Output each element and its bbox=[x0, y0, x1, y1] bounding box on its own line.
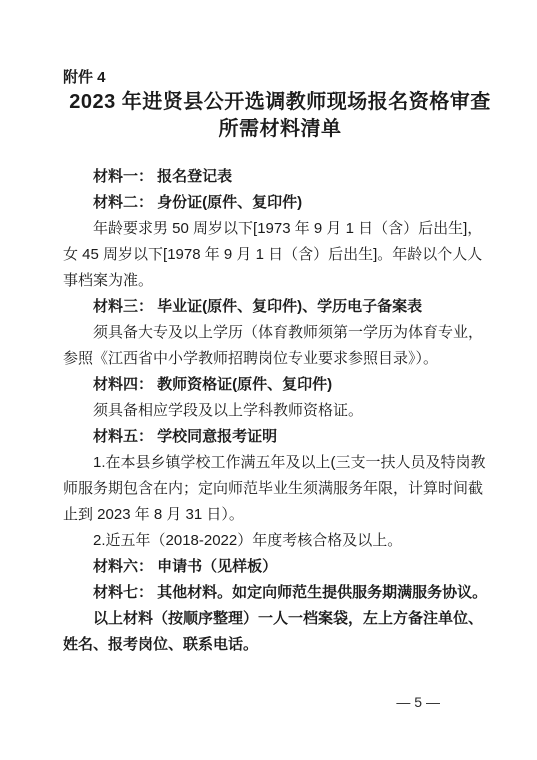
text-line: 须具备大专及以上学历（体育教师须第一学历为体育专业， bbox=[63, 320, 497, 346]
document-title: 2023 年进贤县公开选调教师现场报名资格审查 所需材料清单 bbox=[63, 89, 497, 143]
text-line: 女 45 周岁以下[1978 年 9 月 1 日（含）后出生]。年龄以个人人 bbox=[63, 242, 497, 268]
text-line: 年龄要求男 50 周岁以下[1973 年 9 月 1 日（含）后出生]， bbox=[63, 216, 497, 242]
text-line-material-3: 材料三： 毕业证(原件、复印件)、学历电子备案表 bbox=[63, 294, 497, 320]
document-body: 材料一： 报名登记表 材料二： 身份证(原件、复印件) 年龄要求男 50 周岁以… bbox=[63, 164, 497, 658]
text-line: 以上材料（按顺序整理）一人一档案袋，左上方备注单位、 bbox=[63, 606, 497, 632]
text-line: 师服务期包含在内；定向师范毕业生须满服务年限，计算时间截 bbox=[63, 476, 497, 502]
text-line-material-2: 材料二： 身份证(原件、复印件) bbox=[63, 190, 497, 216]
text-line: 事档案为准。 bbox=[63, 268, 497, 294]
text-line-material-4: 材料四： 教师资格证(原件、复印件) bbox=[63, 372, 497, 398]
title-line-2: 所需材料清单 bbox=[63, 116, 497, 143]
text-line: 参照《江西省中小学教师招聘岗位专业要求参照目录》）。 bbox=[63, 346, 497, 372]
text-line-material-1: 材料一： 报名登记表 bbox=[63, 164, 497, 190]
text-line-material-6: 材料六： 申请书（见样板） bbox=[63, 554, 497, 580]
text-line: 2.近五年（2018-2022）年度考核合格及以上。 bbox=[63, 528, 497, 554]
text-line: 1.在本县乡镇学校工作满五年及以上(三支一扶人员及特岗教 bbox=[63, 450, 497, 476]
title-line-1: 2023 年进贤县公开选调教师现场报名资格审查 bbox=[63, 89, 497, 116]
text-line: 须具备相应学段及以上学科教师资格证。 bbox=[63, 398, 497, 424]
attachment-label: 附件 4 bbox=[63, 67, 497, 89]
document-page: 附件 4 2023 年进贤县公开选调教师现场报名资格审查 所需材料清单 材料一：… bbox=[0, 0, 537, 760]
page-number: — 5 — bbox=[396, 689, 440, 715]
text-line: 止到 2023 年 8 月 31 日）。 bbox=[63, 502, 497, 528]
text-line: 姓名、报考岗位、联系电话。 bbox=[63, 632, 497, 658]
text-line-material-5: 材料五： 学校同意报考证明 bbox=[63, 424, 497, 450]
text-line-material-7: 材料七： 其他材料。如定向师范生提供服务期满服务协议。 bbox=[63, 580, 497, 606]
